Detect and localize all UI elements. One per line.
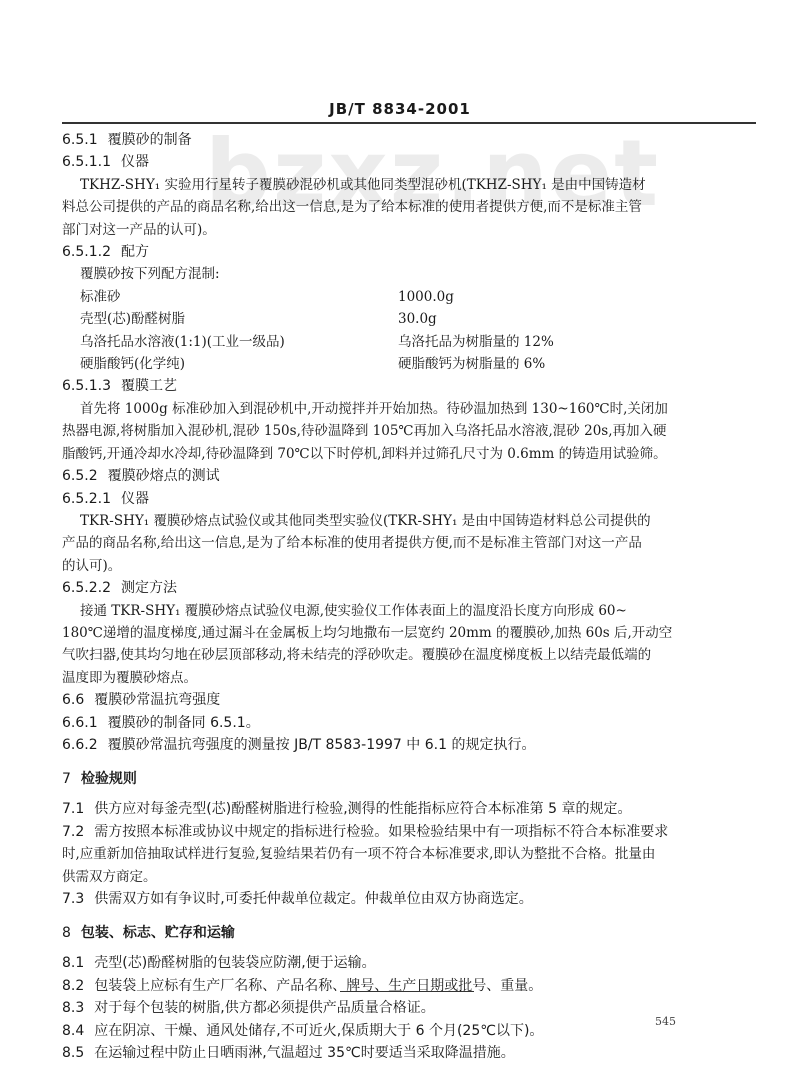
chapter-title: 检验规则 [81, 771, 137, 787]
clause-number: 7.2 [62, 821, 84, 843]
document-page: bzxz.net JB/T 8834-2001 6.5.1覆膜砂的制备 6.5.… [0, 0, 800, 1082]
chapter-heading-8: 8包装、标志、贮存和运输 [62, 922, 756, 944]
section-number: 6.5.1 [62, 129, 98, 151]
paragraph-line: 产品的商品名称,给出这一信息,是为了给本标准的使用者提供方便,而不是标准主管部门… [62, 532, 756, 554]
paragraph-line: TKR-SHY₁ 覆膜砂熔点试验仪或其他同类型实验仪(TKR-SHY₁ 是由中国… [62, 510, 756, 532]
ingredient-name: 硬脂酸钙(化学纯) [80, 353, 398, 375]
paragraph-line: 气吹扫器,使其均匀地在砂层顶部移动,将未结壳的浮砂吹走。覆膜砂在温度梯度板上以结… [62, 644, 756, 666]
clause-number: 8.3 [62, 997, 84, 1019]
paragraph-line: 时,应重新加倍抽取试样进行复验,复验结果若仍有一项不符合本标准要求,即认为整批不… [62, 843, 756, 865]
paragraph-line: 首先将 1000g 标准砂加入到混砂机中,开动搅拌并开始加热。待砂温加热到 13… [62, 398, 756, 420]
section-title: 配方 [121, 244, 149, 260]
clause-8-4: 8.4应在阴凉、干燥、通风处储存,不可近火,保质期大于 6 个月(25℃以下)。 [62, 1020, 756, 1042]
paragraph-line: 供需双方商定。 [62, 866, 756, 888]
ingredient-amount: 30.0g [398, 308, 437, 330]
clause-8-1: 8.1壳型(芯)酚醛树脂的包装袋应防潮,便于运输。 [62, 952, 756, 974]
clause-text: 应在阴凉、干燥、通风处储存,不可近火,保质期大于 6 个月(25℃以下)。 [94, 1023, 543, 1039]
clause-text: 对于每个包装的树脂,供方都必须提供产品质量合格证。 [94, 1000, 434, 1016]
recipe-row: 壳型(芯)酚醛树脂 30.0g [62, 308, 756, 330]
clause-number: 8.4 [62, 1020, 84, 1042]
clause-number: 8.2 [62, 975, 84, 997]
section-number: 6.5.1.3 [62, 375, 111, 397]
clause-number: 8.5 [62, 1042, 84, 1064]
clause-text: 在运输过程中防止日晒雨淋,气温超过 35℃时要适当采取降温措施。 [94, 1045, 514, 1061]
chapter-heading-7: 7检验规则 [62, 768, 756, 790]
section-heading-6-6-2: 6.6.2覆膜砂常温抗弯强度的测量按 JB/T 8583-1997 中 6.1 … [62, 734, 756, 756]
section-title: 覆膜砂常温抗弯强度的测量按 JB/T 8583-1997 中 6.1 的规定执行… [108, 737, 536, 753]
clause-7-1: 7.1供方应对每釜壳型(芯)酚醛树脂进行检验,测得的性能指标应符合本标准第 5 … [62, 798, 756, 820]
paragraph-line: 温度即为覆膜砂熔点。 [62, 667, 756, 689]
standard-header: JB/T 8834-2001 [0, 100, 800, 118]
section-title: 仪器 [121, 154, 149, 170]
section-heading-6-6: 6.6覆膜砂常温抗弯强度 [62, 689, 756, 711]
clause-text: 壳型(芯)酚醛树脂的包装袋应防潮,便于运输。 [94, 955, 375, 971]
clause-7-2: 7.2需方按照本标准或协议中规定的指标进行检验。如果检验结果中有一项指标不符合本… [62, 821, 756, 843]
section-title: 覆膜砂的制备同 6.5.1。 [108, 715, 260, 731]
paragraph-line: 接通 TKR-SHY₁ 覆膜砂熔点试验仪电源,使实验仪工作体表面上的温度沿长度方… [62, 600, 756, 622]
section-title: 覆膜砂常温抗弯强度 [94, 692, 220, 708]
section-title: 覆膜工艺 [121, 378, 177, 394]
section-number: 6.5.1.2 [62, 241, 111, 263]
document-body: 6.5.1覆膜砂的制备 6.5.1.1仪器 TKHZ-SHY₁ 实验用行星转子覆… [62, 129, 756, 1064]
clause-number: 7.1 [62, 798, 84, 820]
recipe-row: 硬脂酸钙(化学纯) 硬脂酸钙为树脂量的 6% [62, 353, 756, 375]
paragraph-line: 的认可)。 [62, 555, 756, 577]
section-heading-6-5-1-2: 6.5.1.2配方 [62, 241, 756, 263]
paragraph-line: TKHZ-SHY₁ 实验用行星转子覆膜砂混砂机或其他同类型混砂机(TKHZ-SH… [62, 174, 756, 196]
clause-number: 8.1 [62, 952, 84, 974]
section-title: 覆膜砂熔点的测试 [108, 468, 220, 484]
ingredient-amount: 1000.0g [398, 286, 454, 308]
clause-8-3: 8.3对于每个包装的树脂,供方都必须提供产品质量合格证。 [62, 997, 756, 1019]
paragraph-line: 热器电源,将树脂加入混砂机,混砂 150s,待砂温降到 105℃再加入乌洛托品水… [62, 420, 756, 442]
chapter-title: 包装、标志、贮存和运输 [81, 925, 235, 941]
section-number: 6.5.1.1 [62, 151, 111, 173]
recipe-intro: 覆膜砂按下列配方混制: [62, 263, 756, 285]
section-heading-6-5-2: 6.5.2覆膜砂熔点的测试 [62, 465, 756, 487]
section-title: 仪器 [121, 491, 149, 507]
ingredient-name: 标准砂 [80, 286, 398, 308]
clause-text: 需方按照本标准或协议中规定的指标进行检验。如果检验结果中有一项指标不符合本标准要… [94, 824, 668, 840]
section-heading-6-5-1: 6.5.1覆膜砂的制备 [62, 129, 756, 151]
paragraph-line: 脂酸钙,开通冷却水冷却,待砂温降到 70℃以下时停机,卸料并过筛孔尺寸为 0.6… [62, 443, 756, 465]
clause-number: 7.3 [62, 888, 84, 910]
chapter-number: 8 [62, 925, 71, 941]
section-heading-6-5-1-1: 6.5.1.1仪器 [62, 151, 756, 173]
section-number: 6.5.2 [62, 465, 98, 487]
paragraph-line: 料总公司提供的产品的商品名称,给出这一信息,是为了给本标准的使用者提供方便,而不… [62, 196, 756, 218]
section-number: 6.5.2.1 [62, 488, 111, 510]
section-heading-6-6-1: 6.6.1覆膜砂的制备同 6.5.1。 [62, 712, 756, 734]
section-number: 6.6.1 [62, 712, 98, 734]
section-heading-6-5-2-2: 6.5.2.2测定方法 [62, 577, 756, 599]
section-number: 6.6 [62, 689, 84, 711]
clause-8-2: 8.2包装袋上应标有生产厂名称、产品名称、牌号、生产日期或批号、重量。 [62, 975, 756, 997]
clause-7-3: 7.3供需双方如有争议时,可委托仲裁单位裁定。仲裁单位由双方协商选定。 [62, 888, 756, 910]
section-number: 6.6.2 [62, 734, 98, 756]
ingredient-name: 壳型(芯)酚醛树脂 [80, 308, 398, 330]
ingredient-amount: 乌洛托品为树脂量的 12% [398, 331, 554, 353]
clause-text: 包装袋上应标有生产厂名称、产品名称、牌号、生产日期或批号、重量。 [94, 978, 542, 994]
section-heading-6-5-2-1: 6.5.2.1仪器 [62, 488, 756, 510]
recipe-row: 标准砂 1000.0g [62, 286, 756, 308]
section-number: 6.5.2.2 [62, 577, 111, 599]
clause-8-5: 8.5在运输过程中防止日晒雨淋,气温超过 35℃时要适当采取降温措施。 [62, 1042, 756, 1064]
paragraph-line: 180℃递增的温度梯度,通过漏斗在金属板上均匀地撒布一层宽约 20mm 的覆膜砂… [62, 622, 756, 644]
ingredient-name: 乌洛托品水溶液(1:1)(工业一级品) [80, 331, 398, 353]
chapter-number: 7 [62, 771, 71, 787]
header-rule [62, 122, 756, 124]
clause-text: 供方应对每釜壳型(芯)酚醛树脂进行检验,测得的性能指标应符合本标准第 5 章的规… [94, 801, 631, 817]
ingredient-amount: 硬脂酸钙为树脂量的 6% [398, 353, 545, 375]
paragraph-line: 部门对这一产品的认可)。 [62, 219, 756, 241]
clause-text: 供需双方如有争议时,可委托仲裁单位裁定。仲裁单位由双方协商选定。 [94, 891, 532, 907]
recipe-row: 乌洛托品水溶液(1:1)(工业一级品) 乌洛托品为树脂量的 12% [62, 331, 756, 353]
section-heading-6-5-1-3: 6.5.1.3覆膜工艺 [62, 375, 756, 397]
section-title: 测定方法 [121, 580, 177, 596]
section-title: 覆膜砂的制备 [108, 132, 192, 148]
